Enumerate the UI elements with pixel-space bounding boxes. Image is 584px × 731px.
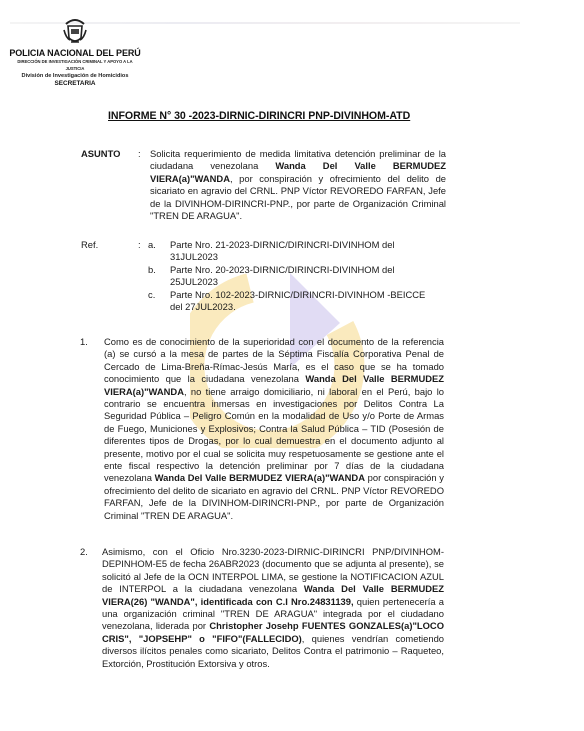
ref-text: Parte Nro. 20-2023-DIRNIC/DIRINCRI-DIVIN… <box>170 264 395 287</box>
asunto-label: ASUNTO <box>81 148 120 160</box>
letterhead: POLICIA NACIONAL DEL PERÚ DIRECCIÓN DE I… <box>0 16 150 88</box>
ref-list: : a. Parte Nro. 21-2023-DIRNIC/DIRINCRI-… <box>138 239 438 313</box>
direction-name: DIRECCIÓN DE INVESTIGACIÓN CRIMINAL Y AP… <box>8 58 143 72</box>
paragraph-number: 1. <box>80 336 88 348</box>
bold-text: Wanda Del Valle BERMUDEZ VIERA(a)"WANDA <box>155 472 365 483</box>
ref-text: Parte Nro. 21-2023-DIRNIC/DIRINCRI-DIVIN… <box>170 239 395 262</box>
division-name: División de Investigación de Homicidios <box>0 72 150 80</box>
ref-label: Ref. <box>81 239 98 251</box>
ref-item-b: b. Parte Nro. 20-2023-DIRNIC/DIRINCRI-DI… <box>138 264 438 289</box>
ref-text: Parte Nro. 102-2023-DIRNIC/DIRINCRI-DIVI… <box>170 289 425 312</box>
asunto-text: Solicita requerimiento de medida limitat… <box>150 148 446 222</box>
paragraph-2: Asimismo, con el Oficio Nro.3230-2023-DI… <box>102 546 444 670</box>
office-name: SECRETARIA <box>0 80 150 88</box>
peru-police-crest-icon <box>62 16 88 46</box>
ref-letter: c. <box>148 289 155 301</box>
ref-item-a: : a. Parte Nro. 21-2023-DIRNIC/DIRINCRI-… <box>138 239 438 264</box>
text-segment: , no tiene arraigo domiciliario, ni labo… <box>104 386 444 484</box>
ref-colon: : <box>138 239 141 251</box>
paragraph-1: Como es de conocimiento de la superiorid… <box>104 336 444 522</box>
ref-item-c: c. Parte Nro. 102-2023-DIRNIC/DIRINCRI-D… <box>138 289 438 314</box>
report-title: INFORME N° 30 -2023-DIRNIC-DIRINCRI PNP-… <box>108 110 410 122</box>
asunto-colon: : <box>138 148 141 160</box>
paragraph-number: 2. <box>80 546 88 558</box>
organization-name: POLICIA NACIONAL DEL PERÚ <box>0 48 150 58</box>
ref-letter: b. <box>148 264 156 276</box>
ref-letter: a. <box>148 239 156 251</box>
